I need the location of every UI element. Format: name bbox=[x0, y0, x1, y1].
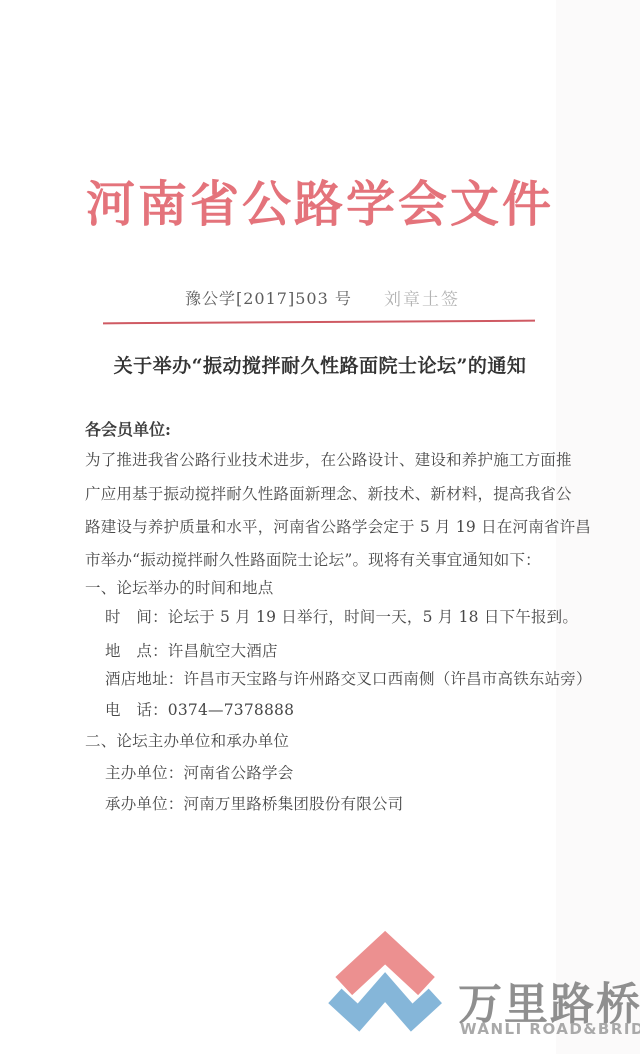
document-title: 关于举办“振动搅拌耐久性路面院士论坛”的通知 bbox=[0, 351, 640, 378]
salutation: 各会员单位: bbox=[85, 417, 171, 440]
paragraph-line: 路建设与养护质量和水平，河南省公路学会定于 5 月 19 日在河南省许昌 bbox=[85, 515, 563, 537]
paragraph-line: 市举办“振动搅拌耐久性路面院士论坛”。现将有关事宜通知如下： bbox=[85, 548, 563, 570]
section-2-heading: 二、论坛主办单位和承办单位 bbox=[85, 729, 563, 751]
paragraph-line: 为了推进我省公路行业技术进步，在公路设计、建设和养护施工方面推 bbox=[85, 448, 563, 470]
letterhead-org-title: 河南省公路学会文件 bbox=[0, 166, 640, 236]
document-number: 豫公学[2017]503 号 bbox=[185, 286, 352, 309]
section-1-item-phone: 电 话：0374—7378888 bbox=[105, 698, 583, 720]
scanned-document-page: 河南省公路学会文件 豫公学[2017]503 号 刘章土签 关于举办“振动搅拌耐… bbox=[0, 0, 640, 1054]
section-2-item-organizer: 主办单位：河南省公路学会 bbox=[105, 761, 583, 783]
section-1-item-hotel-address: 酒店地址：许昌市天宝路与许州路交叉口西南侧（许昌市高铁东站旁） bbox=[105, 667, 583, 689]
section-1-item-time: 时 间：论坛于 5 月 19 日举行，时间一天，5 月 18 日下午报到。 bbox=[105, 605, 583, 627]
signature-note: 刘章土签 bbox=[384, 285, 460, 310]
section-1-item-place: 地 点：许昌航空大酒店 bbox=[105, 639, 583, 661]
wanli-mountain-icon bbox=[328, 928, 456, 1054]
section-1-heading: 一、论坛举办的时间和地点 bbox=[85, 576, 563, 598]
wanli-logo: 万里路桥 WANLI ROAD&BRIDGE bbox=[328, 928, 640, 1054]
paragraph-line: 广应用基于振动搅拌耐久性路面新理念、新技术、新材料，提高我省公 bbox=[85, 482, 563, 504]
logo-subtitle-text: WANLI ROAD&BRIDGE bbox=[460, 1020, 640, 1038]
section-2-item-undertaker: 承办单位：河南万里路桥集团股份有限公司 bbox=[105, 792, 583, 814]
letterhead-rule bbox=[103, 320, 535, 325]
